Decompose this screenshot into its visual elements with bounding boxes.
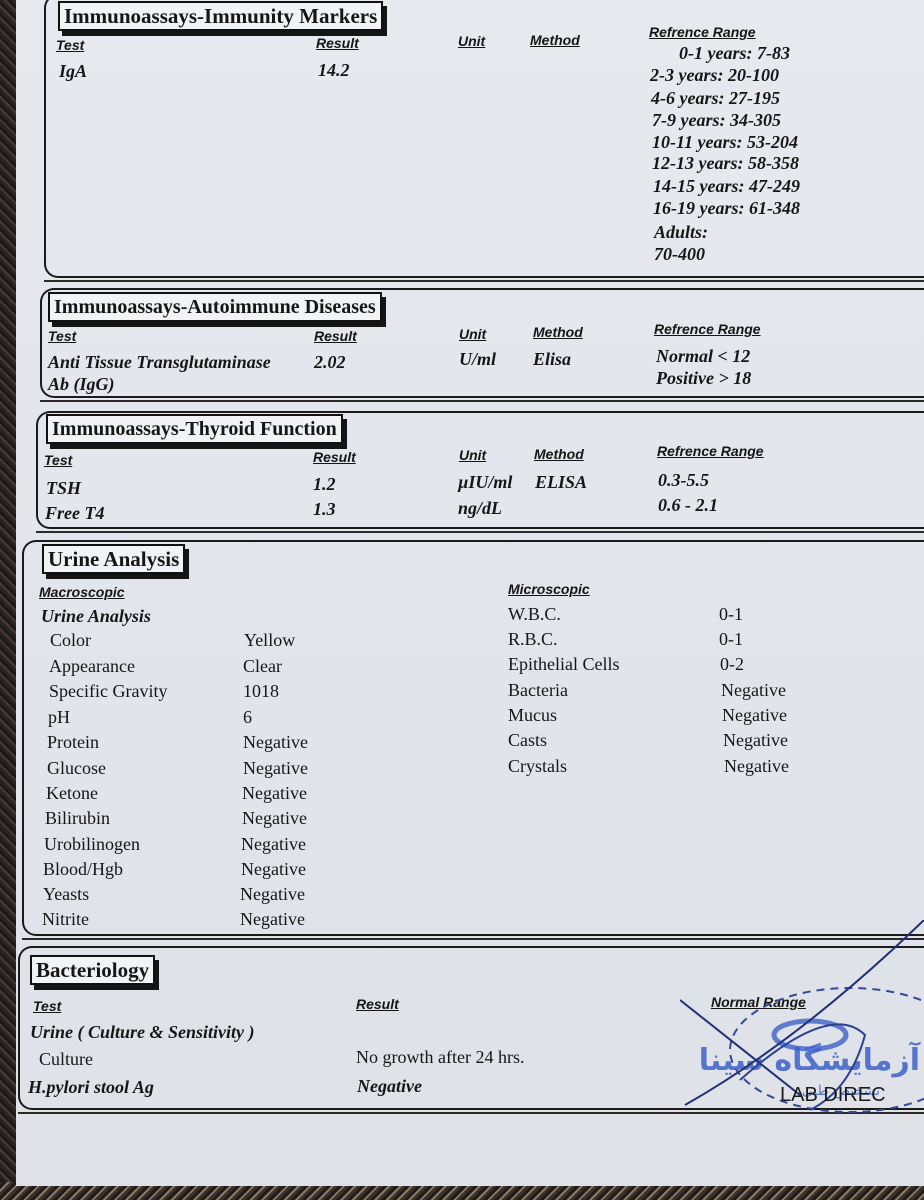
microscopic-item-value: 0-1 (719, 604, 743, 625)
section-title: Bacteriology (30, 955, 155, 985)
macroscopic-item-value: Negative (242, 808, 307, 829)
macroscopic-item-value: Negative (243, 732, 308, 753)
header-reference: Refrence Range (654, 321, 761, 337)
culture-label: Culture (39, 1049, 93, 1070)
header-result: Result (356, 996, 399, 1012)
section-title: Immunoassays-Autoimmune Diseases (48, 292, 382, 322)
macroscopic-item-value: Negative (241, 834, 306, 855)
microscopic-item-name: Bacteria (508, 680, 568, 701)
macroscopic-header: Macroscopic (39, 584, 125, 600)
header-test: Test (33, 998, 61, 1014)
microscopic-item-name: R.B.C. (508, 629, 558, 650)
reference-line: Normal < 12 (656, 346, 750, 367)
test-reference: 0.6 - 2.1 (658, 495, 718, 516)
macroscopic-item-value: Yellow (244, 630, 295, 651)
section-title: Urine Analysis (42, 544, 185, 574)
reference-line: 2-3 years: 20-100 (650, 65, 779, 86)
header-reference: Refrence Range (649, 24, 756, 40)
macroscopic-item-name: Protein (47, 732, 99, 753)
macroscopic-item-name: pH (48, 707, 70, 728)
reference-line: 0-1 years: 7-83 (679, 43, 790, 64)
microscopic-item-name: Mucus (508, 705, 557, 726)
header-test: Test (56, 37, 84, 53)
macroscopic-item-name: Urobilinogen (44, 834, 140, 855)
header-unit: Unit (458, 33, 485, 49)
test-result: 14.2 (318, 60, 350, 81)
test-result: 1.3 (313, 499, 336, 520)
microscopic-item-value: 0-2 (720, 654, 744, 675)
test-method: ELISA (535, 472, 587, 493)
culture-result: No growth after 24 hrs. (356, 1047, 524, 1068)
microscopic-item-name: Epithelial Cells (508, 654, 619, 675)
test-unit: U/ml (459, 349, 496, 370)
svg-text:آزمایشگاه سینا: آزمایشگاه سینا (699, 1041, 921, 1078)
header-unit: Unit (459, 326, 486, 342)
macroscopic-item-name: Ketone (46, 783, 98, 804)
lab-director-label: LAB DIREC (780, 1084, 886, 1107)
macroscopic-subtitle: Urine Analysis (41, 606, 151, 627)
macroscopic-item-value: 6 (243, 707, 252, 728)
test-name-cont: Ab (IgG) (48, 374, 115, 395)
test-name: IgA (59, 61, 87, 82)
test-unit: µIU/ml (458, 472, 512, 493)
microscopic-item-name: Casts (508, 730, 547, 751)
hpylori-result: Negative (357, 1076, 422, 1097)
macroscopic-item-value: 1018 (243, 681, 279, 702)
reference-line: 16-19 years: 61-348 (653, 198, 800, 219)
section-title: Immunoassays-Immunity Markers (58, 1, 383, 31)
section-urine-analysis (22, 540, 924, 936)
header-test: Test (44, 452, 72, 468)
microscopic-item-value: Negative (724, 756, 789, 777)
test-name: Free T4 (45, 503, 104, 524)
header-result: Result (313, 449, 356, 465)
header-test: Test (48, 328, 76, 344)
header-unit: Unit (459, 447, 486, 463)
test-name: Anti Tissue Transglutaminase (48, 352, 271, 373)
test-result: 1.2 (313, 474, 336, 495)
header-result: Result (316, 35, 359, 51)
macroscopic-item-name: Glucose (47, 758, 106, 779)
reference-line: 10-11 years: 53-204 (652, 132, 798, 153)
macroscopic-item-name: Blood/Hgb (43, 859, 123, 880)
test-name: TSH (46, 478, 81, 499)
reference-line: 4-6 years: 27-195 (651, 88, 780, 109)
macroscopic-item-name: Yeasts (43, 884, 89, 905)
microscopic-item-value: Negative (723, 730, 788, 751)
test-reference: 0.3-5.5 (658, 470, 709, 491)
reference-line: Adults: (654, 222, 708, 243)
macroscopic-item-value: Negative (243, 758, 308, 779)
macroscopic-item-value: Negative (241, 859, 306, 880)
macroscopic-item-name: Appearance (49, 656, 135, 677)
header-result: Result (314, 328, 357, 344)
reference-line: 7-9 years: 34-305 (652, 110, 781, 131)
microscopic-header: Microscopic (508, 581, 590, 597)
reference-line: 14-15 years: 47-249 (653, 176, 800, 197)
hpylori-label: H.pylori stool Ag (28, 1077, 154, 1098)
reference-line: Positive > 18 (656, 368, 751, 389)
header-method: Method (533, 324, 583, 340)
microscopic-item-value: Negative (721, 680, 786, 701)
microscopic-item-value: Negative (722, 705, 787, 726)
reference-line: 12-13 years: 58-358 (652, 153, 799, 174)
group-title: Urine ( Culture & Sensitivity ) (30, 1022, 255, 1043)
header-method: Method (534, 446, 584, 462)
microscopic-item-name: W.B.C. (508, 604, 561, 625)
microscopic-item-value: 0-1 (719, 629, 743, 650)
macroscopic-item-name: Specific Gravity (49, 681, 167, 702)
macroscopic-item-name: Color (50, 630, 91, 651)
test-method: Elisa (533, 349, 571, 370)
header-method: Method (530, 32, 580, 48)
macroscopic-item-value: Negative (240, 909, 305, 930)
macroscopic-item-value: Negative (242, 783, 307, 804)
macroscopic-item-name: Nitrite (42, 909, 89, 930)
test-result: 2.02 (314, 352, 346, 373)
section-title: Immunoassays-Thyroid Function (46, 414, 343, 444)
test-unit: ng/dL (458, 498, 502, 519)
macroscopic-item-value: Negative (240, 884, 305, 905)
microscopic-item-name: Crystals (508, 756, 567, 777)
macroscopic-item-name: Bilirubin (45, 808, 110, 829)
reference-line: 70-400 (654, 244, 705, 265)
macroscopic-item-value: Clear (243, 656, 282, 677)
header-reference: Refrence Range (657, 443, 764, 459)
